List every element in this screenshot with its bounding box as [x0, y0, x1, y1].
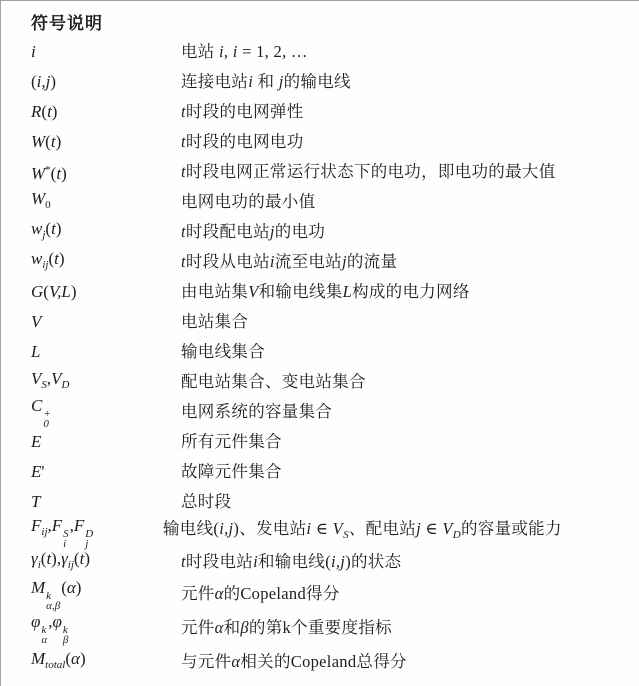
- table-row: C+0电网系统的容量集合: [31, 397, 635, 427]
- symbol-cell: V: [31, 312, 181, 332]
- description-cell: t时段电站i和输电线(i,j)的状态: [181, 552, 635, 572]
- description-cell: 输电线(i,j)、发电站i ∈ VS、配电站j ∈ VD的容量或能力: [163, 519, 635, 545]
- table-row: E所有元件集合: [31, 427, 635, 457]
- table-row: Mtotal(α)与元件α相关的Copeland总得分: [31, 645, 635, 679]
- page-title: 符号说明: [31, 11, 635, 37]
- symbol-cell: φkα,φkβ: [31, 612, 181, 645]
- table-row: (i,j)连接电站i 和 j的输电线: [31, 67, 635, 97]
- description-cell: 与元件α相关的Copeland总得分: [181, 652, 635, 672]
- description-cell: 电站集合: [181, 312, 635, 332]
- symbol-cell: (i,j): [31, 72, 181, 92]
- symbol-cell: i: [31, 42, 181, 62]
- symbol-cell: VS,VD: [31, 369, 181, 395]
- description-cell: 元件α的Copeland得分: [181, 584, 635, 604]
- script-stack: kα: [41, 625, 47, 645]
- symbol-cell: R(t): [31, 102, 181, 122]
- symbol-cell: γi(t),γij(t): [31, 549, 181, 575]
- table-row: L输电线集合: [31, 337, 635, 367]
- table-row: E'故障元件集合: [31, 457, 635, 487]
- description-cell: t时段电网正常运行状态下的电功，即电功的最大值: [181, 162, 635, 182]
- script-stack: kβ: [63, 625, 68, 645]
- description-cell: 元件α和β的第k个重要度指标: [181, 618, 635, 638]
- symbol-cell: E': [31, 462, 181, 482]
- table-row: wj(t)t时段配电站j的电功: [31, 217, 635, 247]
- table-row: wij(t)t时段从电站i流至电站j的流量: [31, 247, 635, 277]
- description-cell: 故障元件集合: [181, 462, 635, 482]
- table-row: V电站集合: [31, 307, 635, 337]
- table-row: R(t)t时段的电网弹性: [31, 97, 635, 127]
- symbol-cell: E: [31, 432, 181, 452]
- description-cell: 所有元件集合: [181, 432, 635, 452]
- script-stack: Si: [63, 529, 69, 549]
- description-cell: 总时段: [181, 492, 635, 512]
- symbol-cell: W*(t): [31, 160, 181, 184]
- description-cell: 连接电站i 和 j的输电线: [181, 72, 635, 92]
- description-cell: t时段的电网弹性: [181, 102, 635, 122]
- description-cell: t时段的电网电功: [181, 132, 635, 152]
- description-cell: 电网系统的容量集合: [181, 402, 635, 422]
- symbol-cell: wij(t): [31, 249, 181, 275]
- symbol-cell: C+0: [31, 396, 181, 429]
- nomenclature-page: 符号说明 i电站 i, i = 1, 2, …(i,j)连接电站i 和 j的输电…: [0, 0, 639, 686]
- table-row: i电站 i, i = 1, 2, …: [31, 37, 635, 67]
- description-cell: t时段从电站i流至电站j的流量: [181, 252, 635, 272]
- symbol-cell: L: [31, 342, 181, 362]
- description-cell: 配电站集合、变电站集合: [181, 372, 635, 392]
- table-row: T总时段: [31, 487, 635, 517]
- table-row: Fij,FSi,FDj输电线(i,j)、发电站i ∈ VS、配电站j ∈ VD的…: [31, 517, 635, 547]
- table-row: φkα,φkβ元件α和β的第k个重要度指标: [31, 611, 635, 645]
- symbol-cell: T: [31, 492, 181, 512]
- script-stack: kα,β: [46, 591, 60, 611]
- table-row: W(t)t时段的电网电功: [31, 127, 635, 157]
- script-stack: Dj: [85, 529, 93, 549]
- symbol-cell: Mkα,β(α): [31, 578, 181, 611]
- table-row: γi(t),γij(t)t时段电站i和输电线(i,j)的状态: [31, 547, 635, 577]
- description-cell: 电网电功的最小值: [181, 192, 635, 212]
- description-cell: 电站 i, i = 1, 2, …: [181, 42, 635, 62]
- table-row: VS,VD配电站集合、变电站集合: [31, 367, 635, 397]
- script-stack: +0: [43, 409, 50, 429]
- symbol-cell: W0: [31, 189, 181, 215]
- symbol-cell: Mtotal(α): [31, 649, 181, 675]
- description-cell: 输电线集合: [181, 342, 635, 362]
- table-row: W*(t)t时段电网正常运行状态下的电功，即电功的最大值: [31, 157, 635, 187]
- description-cell: 由电站集V和输电线集L构成的电力网络: [181, 282, 635, 302]
- description-cell: t时段配电站j的电功: [181, 222, 635, 242]
- table-row: W0电网电功的最小值: [31, 187, 635, 217]
- symbol-cell: Fij,FSi,FDj: [31, 516, 181, 549]
- table-row: G(V,L)由电站集V和输电线集L构成的电力网络: [31, 277, 635, 307]
- symbol-table: i电站 i, i = 1, 2, …(i,j)连接电站i 和 j的输电线R(t)…: [31, 37, 635, 679]
- symbol-cell: wj(t): [31, 219, 181, 245]
- table-row: Mkα,β(α)元件α的Copeland得分: [31, 577, 635, 611]
- symbol-cell: W(t): [31, 132, 181, 152]
- symbol-cell: G(V,L): [31, 282, 181, 302]
